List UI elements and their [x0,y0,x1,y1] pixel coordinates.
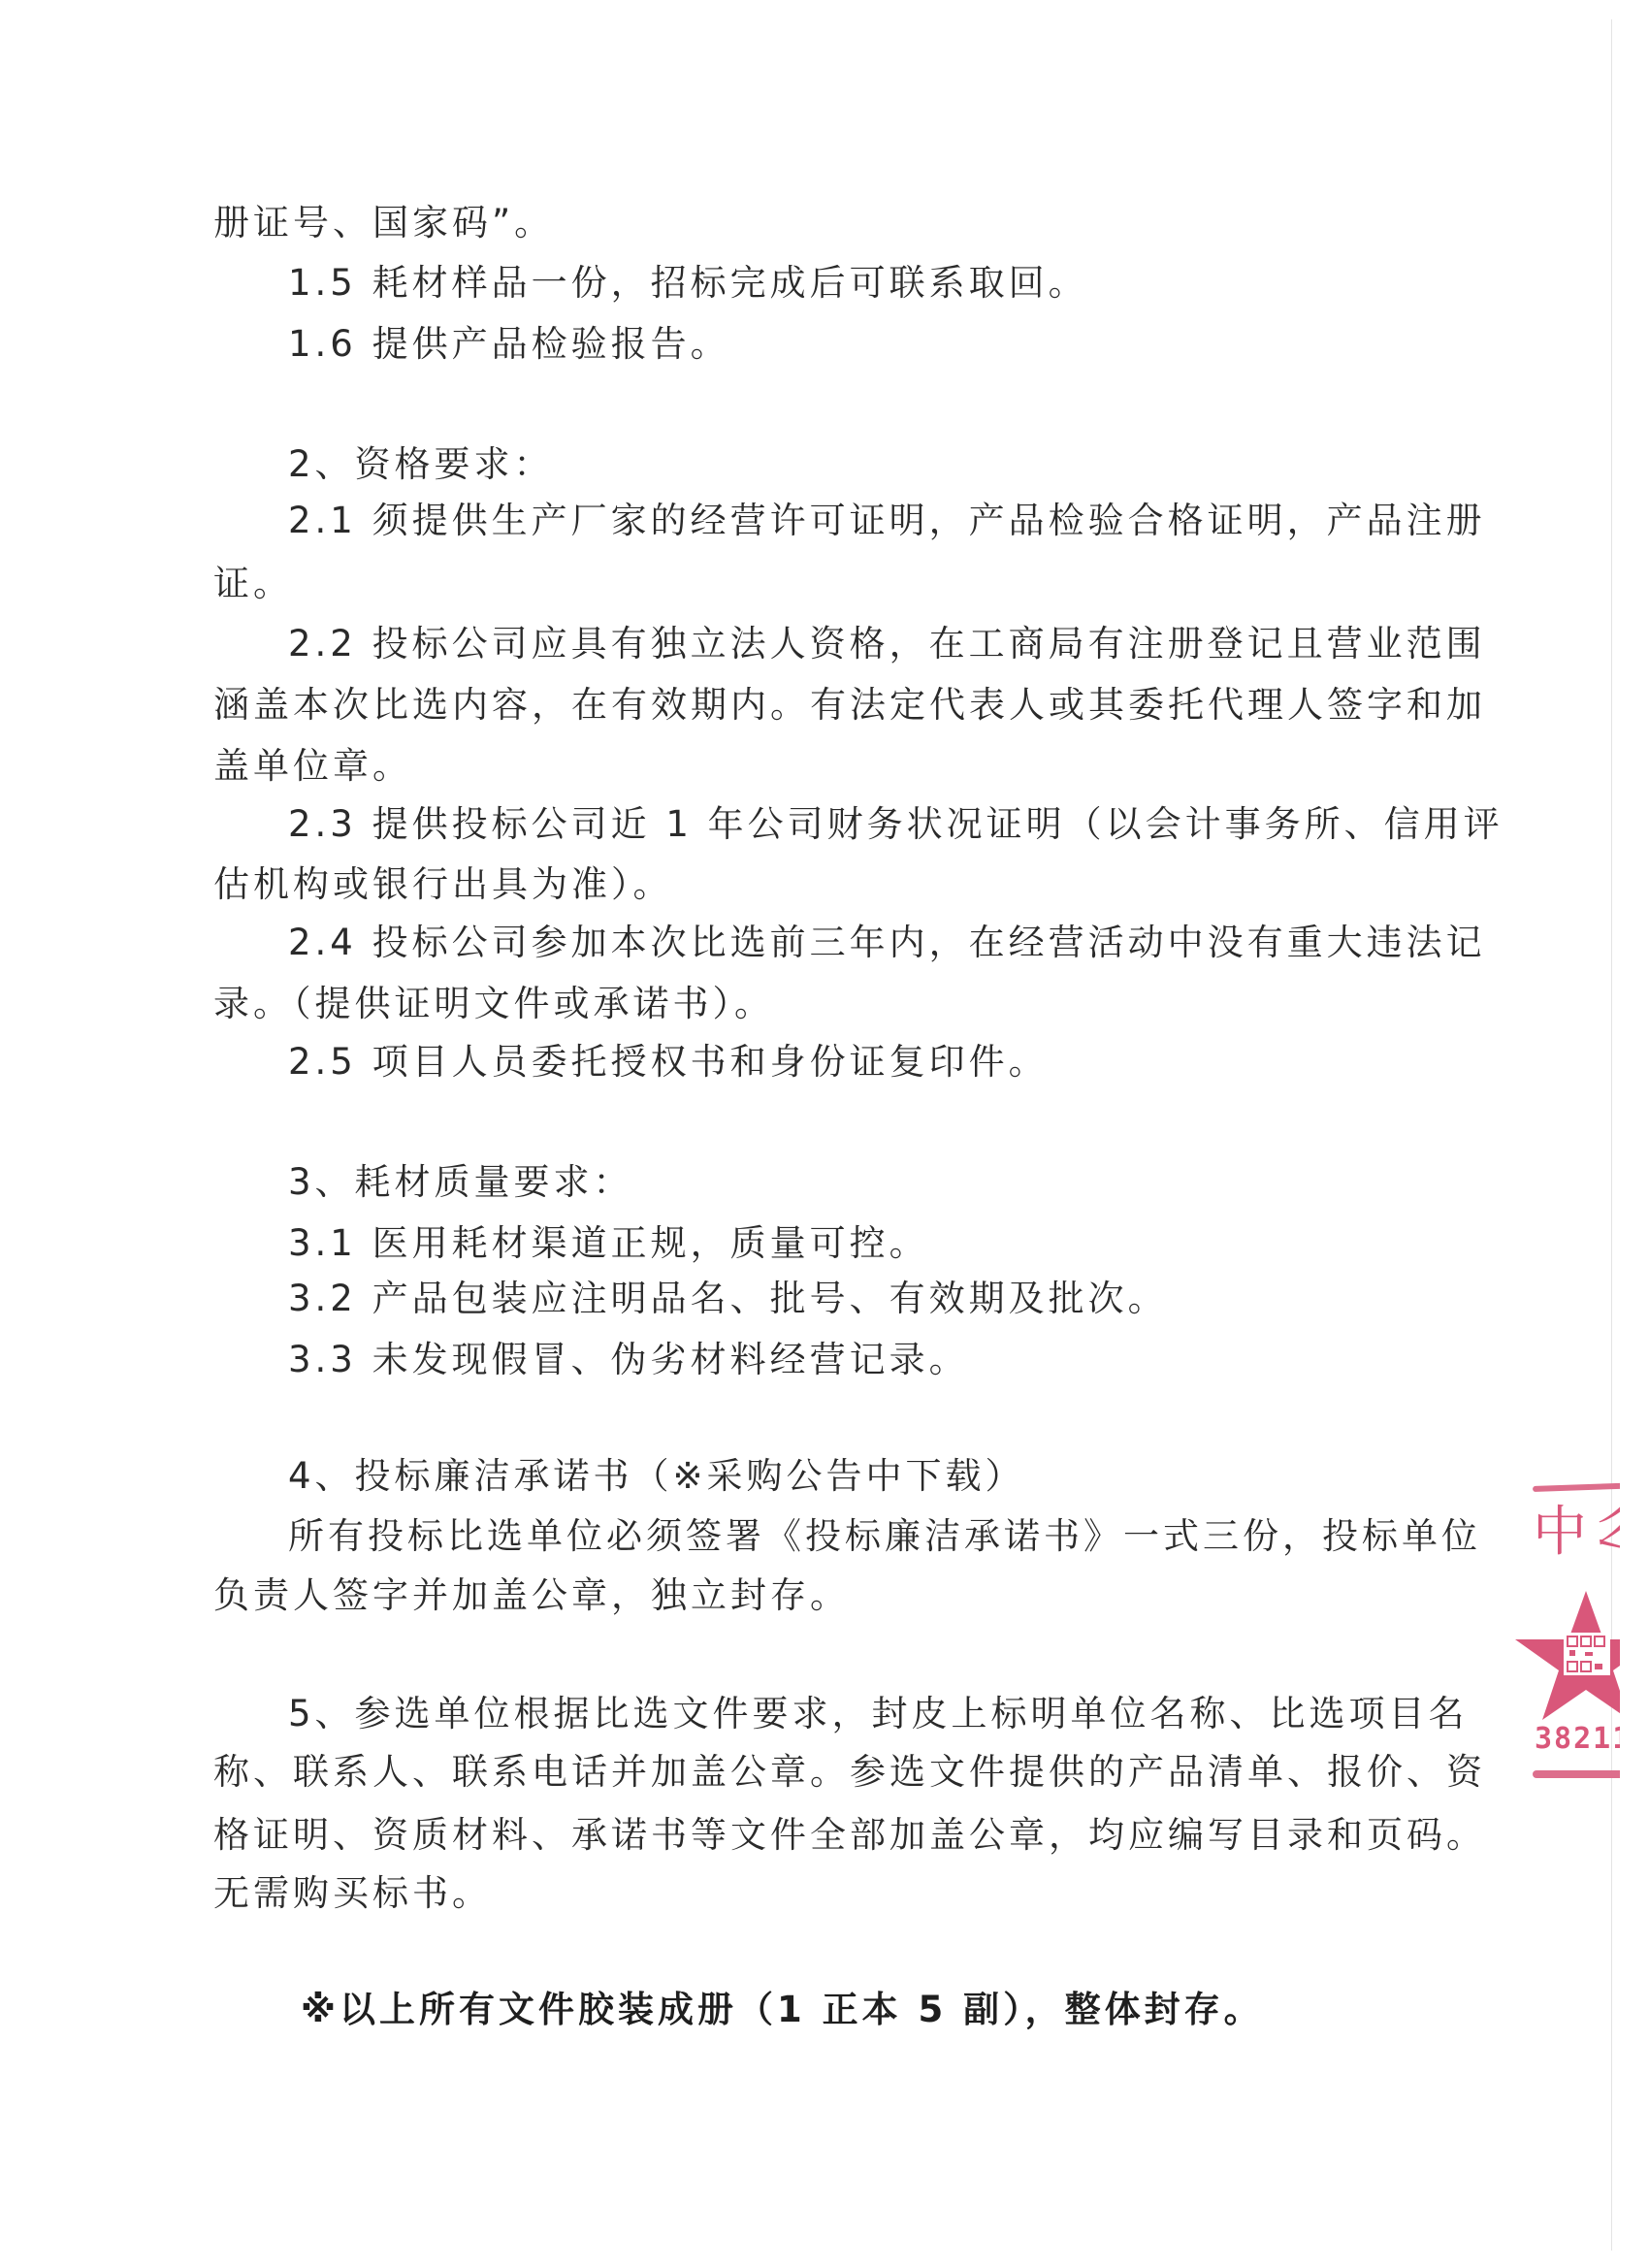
text-line: 4、投标廉洁承诺书（※采购公告中下载） [288,1455,1025,1498]
text-line: 2.1 须提供生产厂家的经营许可证明，产品检验合格证明，产品注册 [288,500,1486,542]
scan-edge-line [1611,19,1612,2251]
seal-star-icon [1513,1586,1620,1722]
text-line: 3.2 产品包装应注明品名、批号、有效期及批次。 [288,1278,1168,1320]
seal-char-2: 公 [1587,1494,1620,1568]
text-line: 证。 [213,563,293,605]
text-line: 1.5 耗材样品一份，招标完成后可联系取回。 [288,262,1088,305]
text-line: 2.3 提供投标公司近 1 年公司财务状况证明（以会计事务所、信用评 [288,803,1503,846]
text-line: 称、联系人、联系电话并加盖公章。参选文件提供的产品清单、报价、资 [213,1751,1486,1794]
seal-arc-bottom [1533,1770,1620,1778]
seal-number: 3821146 [1535,1722,1620,1756]
text-line: 1.6 提供产品检验报告。 [288,323,730,366]
text-line: 涵盖本次比选内容，在有效期内。有法定代表人或其委托代理人签字和加 [213,684,1486,727]
document-page: 册证号、国家码”。1.5 耗材样品一份，招标完成后可联系取回。1.6 提供产品检… [0,0,1649,2268]
text-line: 2.5 项目人员委托授权书和身份证复印件。 [288,1041,1049,1084]
official-seal-stamp: 中 公 3821146 [1513,1474,1620,1795]
text-line: 无需购买标书。 [213,1872,492,1915]
seal-arc-top [1533,1478,1620,1492]
text-line: 所有投标比选单位必须签署《投标廉洁承诺书》一式三份，投标单位 [288,1515,1481,1558]
text-line: 2.4 投标公司参加本次比选前三年内，在经营活动中没有重大违法记 [288,922,1486,964]
text-line: 录。（提供证明文件或承诺书）。 [213,983,774,1025]
text-line: 负责人签字并加盖公章，独立封存。 [213,1574,850,1617]
text-line: 格证明、资质材料、承诺书等文件全部加盖公章，均应编写目录和页码。 [213,1814,1486,1857]
text-line: 册证号、国家码”。 [213,202,554,244]
text-line: 盖单位章。 [213,745,412,788]
text-line: 5、参选单位根据比选文件要求，封皮上标明单位名称、比选项目名 [288,1693,1469,1735]
text-line: 2.2 投标公司应具有独立法人资格，在工商局有注册登记且营业范围 [288,623,1486,665]
text-line: 3.1 医用耗材渠道正规，质量可控。 [288,1222,929,1265]
seal-char-1: 中 [1533,1504,1587,1562]
text-line: 2、资格要求： [288,443,554,486]
footer-note: ※以上所有文件胶装成册（1 正本 5 副），整体封存。 [301,1989,1264,2031]
text-line: 3.3 未发现假冒、伪劣材料经营记录。 [288,1339,969,1381]
text-line: 3、耗材质量要求： [288,1161,633,1204]
text-line: 估机构或银行出具为准）。 [213,863,673,906]
